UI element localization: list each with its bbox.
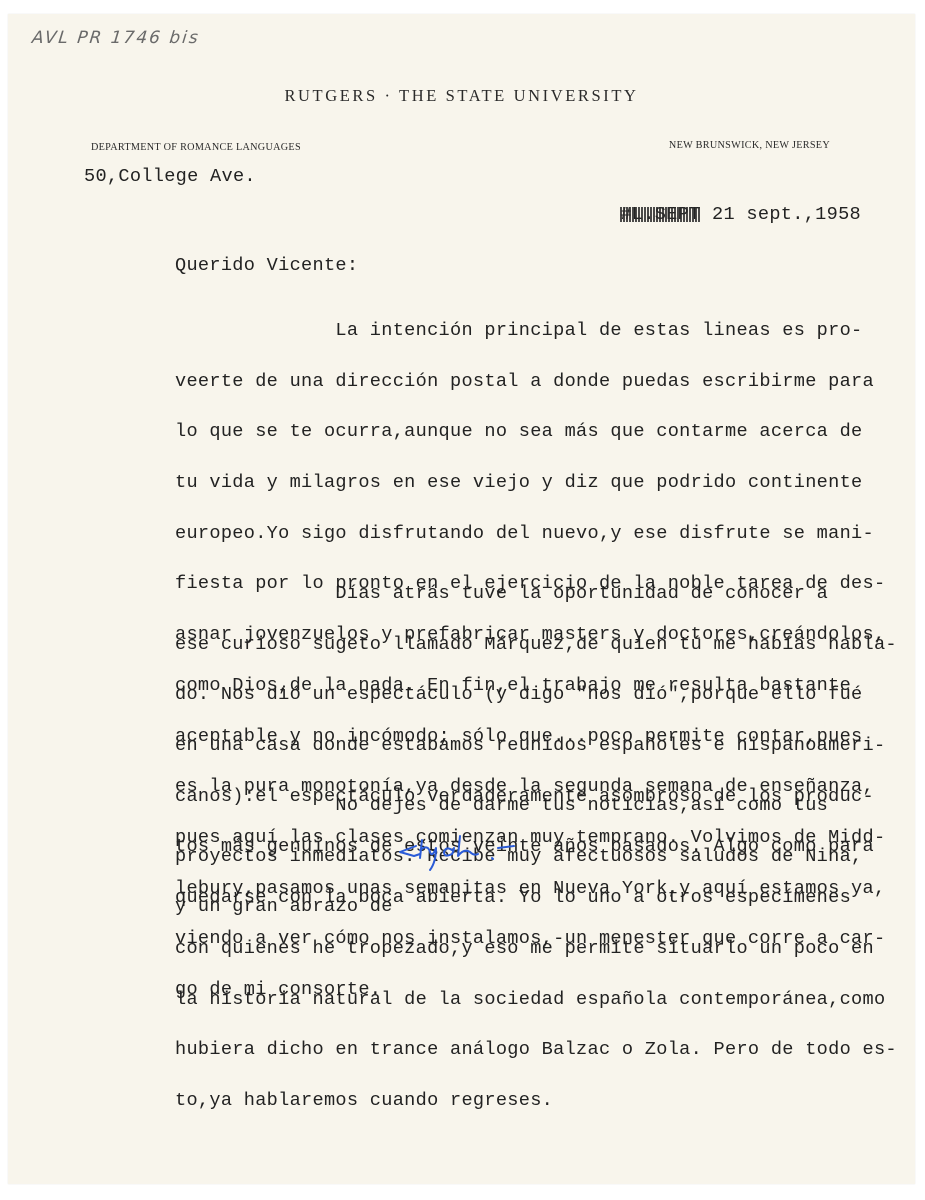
text-line: Días atrás tuve la oportunidad de conoce… [175, 586, 897, 603]
date-text: 21 sept.,1958 [712, 204, 861, 225]
text-line: la historia natural de la sociedad españ… [175, 992, 897, 1009]
text-line: do. Nos dió un espectáculo (y digo "nos … [175, 687, 897, 704]
text-line: La intención principal de estas lineas e… [175, 323, 885, 340]
letterhead-department: DEPARTMENT OF ROMANCE LANGUAGES [91, 142, 301, 153]
letterhead-location: NEW BRUNSWICK, NEW JERSEY [669, 140, 830, 151]
letter-page: AVL PR 1746 bis RUTGERS · THE STATE UNIV… [8, 14, 915, 1184]
handwritten-signature [394, 828, 554, 878]
text-line: tu vida y milagros en ese viejo y diz qu… [175, 475, 885, 492]
text-line: lo que se te ocurra,aunque no sea más qu… [175, 424, 885, 441]
letter-date: #L.SEPT 21 sept.,1958 [620, 204, 861, 225]
text-line: to,ya hablaremos cuando regreses. [175, 1093, 897, 1110]
struck-out-date: #L.SEPT [620, 204, 700, 225]
sender-address: 50,College Ave. [84, 166, 256, 187]
text-line: europeo.Yo sigo disfrutando del nuevo,y … [175, 526, 885, 543]
letterhead-institution: RUTGERS · THE STATE UNIVERSITY [8, 86, 915, 106]
text-line: veerte de una dirección postal a donde p… [175, 374, 885, 391]
text-line: hubiera dicho en trance análogo Balzac o… [175, 1042, 897, 1059]
archive-pencil-note: AVL PR 1746 bis [31, 28, 201, 48]
text-line: No dejes de darme tus noticias,así como … [175, 798, 862, 815]
text-line: ese curioso sugeto llamado Márquez,de qu… [175, 637, 897, 654]
greeting: Querido Vicente: [175, 255, 358, 276]
text-line: en una casa donde estabamos reunidos esp… [175, 738, 897, 755]
text-line: y un gran abrazo de [175, 899, 862, 916]
